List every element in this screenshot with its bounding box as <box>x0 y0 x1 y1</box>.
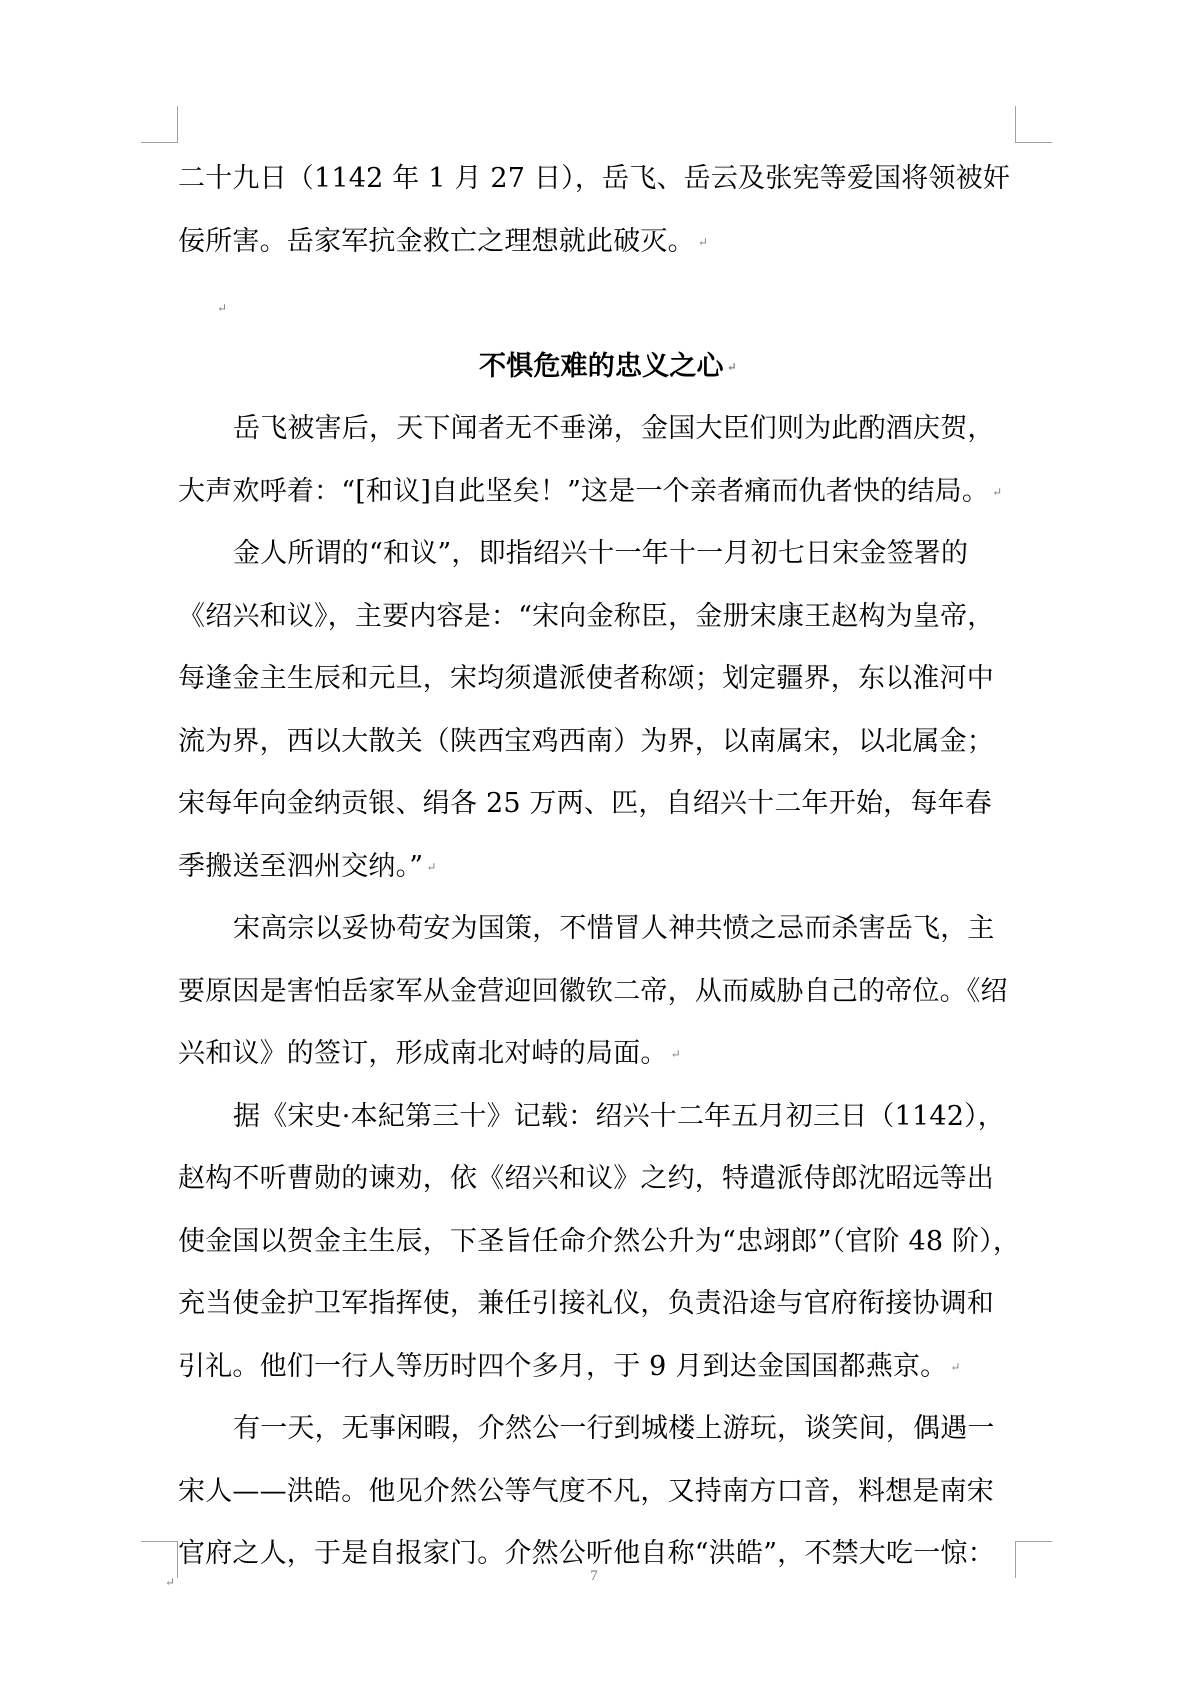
paragraph-mark-icon: ↵ <box>426 860 436 874</box>
text-line-content: 流为界，西以大散关（陕西宝鸡西南）为界，以南属宋，以北属金； <box>178 726 994 757</box>
margin-corner-top-right <box>1015 106 1052 143</box>
text-line: 宋人——洪皓。他见介然公等气度不凡，又持南方口音，料想是南宋 <box>178 1461 1018 1524</box>
text-line: 兴和议》的签订，形成南北对峙的局面。↵ <box>178 1023 1018 1086</box>
paragraph-mark-icon: ↵ <box>950 1360 960 1374</box>
text-line-content: 季搬送至泗州交纳。” <box>178 851 423 882</box>
text-line: 宋高宗以妥协苟安为国策，不惜冒人神共愤之忌而杀害岳飞，主 <box>178 898 1018 961</box>
paragraph-group-before-heading: 二十九日（1142 年 1 月 27 日），岳飞、岳云及张宪等爱国将领被奸佞所害… <box>178 148 1018 273</box>
paragraph-mark-icon: ↵ <box>217 301 227 315</box>
text-line-content: 官府之人，于是自报家门。介然公听他自称“洪皓”，不禁大吃一惊： <box>178 1538 995 1569</box>
text-line-content: 引礼。他们一行人等历时四个多月，于 9 月到达金国国都燕京。 <box>178 1351 947 1382</box>
text-line-content: 每逢金主生辰和元旦，宋均须遣派使者称颂；划定疆界，东以淮河中 <box>178 663 994 694</box>
paragraph-mark-icon: ↵ <box>671 1047 681 1061</box>
text-line: 佞所害。岳家军抗金救亡之理想就此破灭。↵ <box>178 211 1018 274</box>
text-line-content: 金人所谓的“和议”，即指绍兴十一年十一月初七日宋金签署的 <box>233 538 968 569</box>
text-line: 流为界，西以大散关（陕西宝鸡西南）为界，以南属宋，以北属金； <box>178 711 1018 774</box>
text-line: 岳飞被害后，天下闻者无不垂涕，金国大臣们则为此酌酒庆贺， <box>178 398 1018 461</box>
text-line-content: 岳飞被害后，天下闻者无不垂涕，金国大臣们则为此酌酒庆贺， <box>233 413 995 444</box>
text-line-content: 要原因是害怕岳家军从金营迎回徽钦二帝，从而威胁自己的帝位。《绍 <box>178 976 1008 1007</box>
text-line: 赵构不听曹勋的谏劝，依《绍兴和议》之约，特遣派侍郎沈昭远等出 <box>178 1148 1018 1211</box>
paragraph-mark-icon: ↵ <box>698 235 708 249</box>
text-line-content: 据《宋史·本紀第三十》记载：绍兴十二年五月初三日（1142）， <box>233 1101 1005 1132</box>
text-line: 引礼。他们一行人等历时四个多月，于 9 月到达金国国都燕京。↵ <box>178 1336 1018 1399</box>
paragraph-mark-icon: ↵ <box>727 360 737 374</box>
text-line: 有一天，无事闲暇，介然公一行到城楼上游玩，谈笑间，偶遇一 <box>178 1398 1018 1461</box>
margin-corner-top-left <box>141 106 178 143</box>
text-line-content: 大声欢呼着：“[和议]自此坚矣！”这是一个亲者痛而仇者快的结局。 <box>178 476 989 507</box>
text-line: 要原因是害怕岳家军从金营迎回徽钦二帝，从而威胁自己的帝位。《绍 <box>178 961 1018 1024</box>
text-line: 据《宋史·本紀第三十》记载：绍兴十二年五月初三日（1142）， <box>178 1086 1018 1149</box>
paragraph-mark-icon: ↵ <box>992 485 1002 499</box>
text-line: 宋每年向金纳贡银、绢各 25 万两、匹，自绍兴十二年开始，每年春 <box>178 773 1018 836</box>
section-heading-text: 不惧危难的忠义之心 <box>479 351 724 382</box>
text-line-content: 使金国以贺金主生辰，下圣旨任命介然公升为“忠翊郎”（官阶 48 阶）， <box>178 1226 1020 1257</box>
text-line: 每逢金主生辰和元旦，宋均须遣派使者称颂；划定疆界，东以淮河中 <box>178 648 1018 711</box>
text-line-content: 《绍兴和议》，主要内容是：“宋向金称臣，金册宋康王赵构为皇帝， <box>178 601 995 632</box>
page-number: 7 <box>0 1568 1188 1585</box>
paragraph-group-after-heading: 岳飞被害后，天下闻者无不垂涕，金国大臣们则为此酌酒庆贺，大声欢呼着：“[和议]自… <box>178 398 1018 1586</box>
text-line-content: 宋人——洪皓。他见介然公等气度不凡，又持南方口音，料想是南宋 <box>178 1476 994 1507</box>
text-line: 季搬送至泗州交纳。”↵ <box>178 836 1018 899</box>
text-line: 金人所谓的“和议”，即指绍兴十一年十一月初七日宋金签署的 <box>178 523 1018 586</box>
text-line-content: 充当使金护卫军指挥使，兼任引接礼仪，负责沿途与官府衔接协调和 <box>178 1288 994 1319</box>
text-line: 充当使金护卫军指挥使，兼任引接礼仪，负责沿途与官府衔接协调和 <box>178 1273 1018 1336</box>
document-body[interactable]: 二十九日（1142 年 1 月 27 日），岳飞、岳云及张宪等爱国将领被奸佞所害… <box>178 148 1018 1586</box>
text-line-content: 二十九日（1142 年 1 月 27 日），岳飞、岳云及张宪等爱国将领被奸 <box>178 163 1010 194</box>
text-line: 《绍兴和议》，主要内容是：“宋向金称臣，金册宋康王赵构为皇帝， <box>178 586 1018 649</box>
text-line-content: 佞所害。岳家军抗金救亡之理想就此破灭。 <box>178 226 695 257</box>
text-line: 使金国以贺金主生辰，下圣旨任命介然公升为“忠翊郎”（官阶 48 阶）， <box>178 1211 1018 1274</box>
section-heading: 不惧危难的忠义之心↵ <box>178 336 1018 399</box>
text-line-content: 兴和议》的签订，形成南北对峙的局面。 <box>178 1038 668 1069</box>
text-line-content: 宋每年向金纳贡银、绢各 25 万两、匹，自绍兴十二年开始，每年春 <box>178 788 992 819</box>
empty-paragraph: ↵ <box>178 273 1018 336</box>
text-line-content: 赵构不听曹勋的谏劝，依《绍兴和议》之约，特遣派侍郎沈昭远等出 <box>178 1163 994 1194</box>
text-line-content: 有一天，无事闲暇，介然公一行到城楼上游玩，谈笑间，偶遇一 <box>233 1413 995 1444</box>
text-line-content: 宋高宗以妥协苟安为国策，不惜冒人神共愤之忌而杀害岳飞，主 <box>233 913 995 944</box>
text-line: 大声欢呼着：“[和议]自此坚矣！”这是一个亲者痛而仇者快的结局。↵ <box>178 461 1018 524</box>
text-line: 二十九日（1142 年 1 月 27 日），岳飞、岳云及张宪等爱国将领被奸 <box>178 148 1018 211</box>
